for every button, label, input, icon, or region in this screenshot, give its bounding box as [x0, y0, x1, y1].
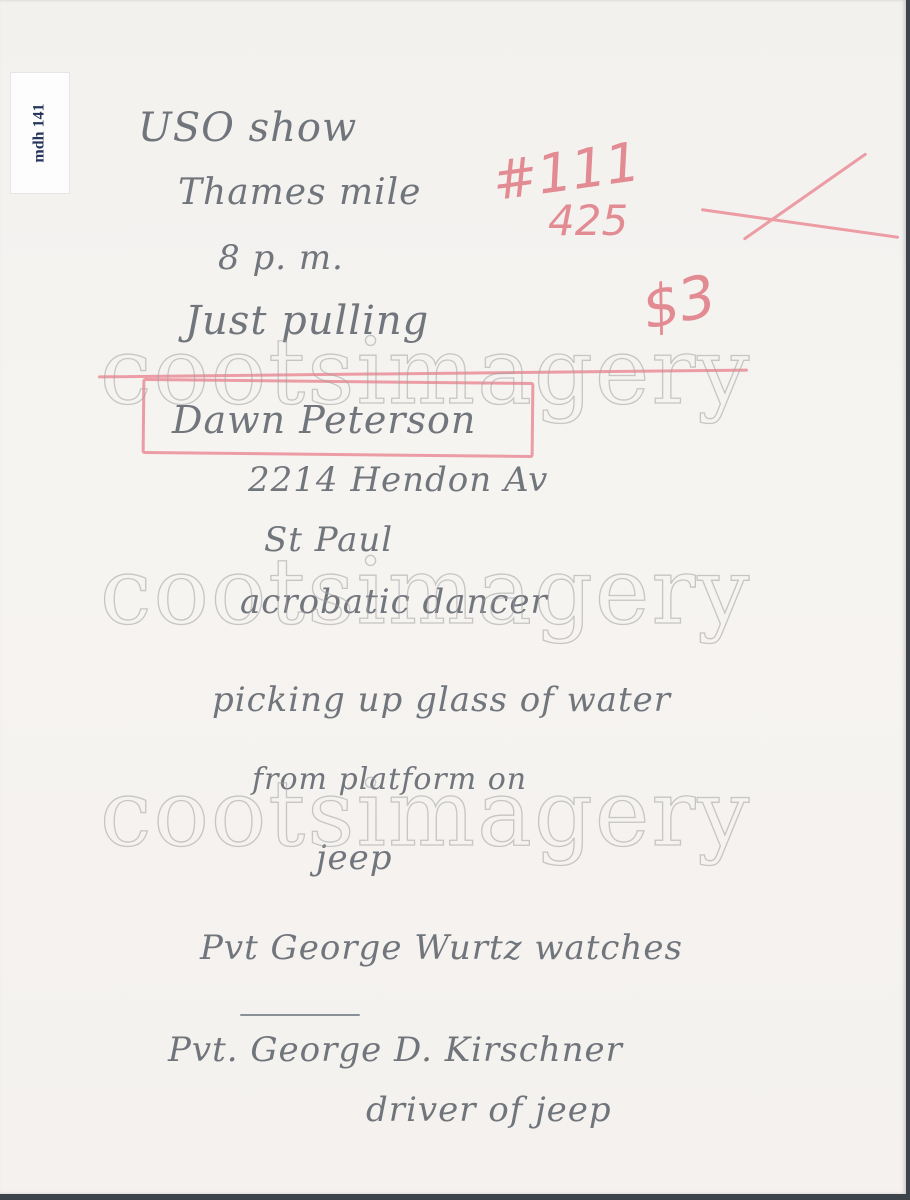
- note-line-3: 8 p. m.: [218, 238, 344, 278]
- inventory-label: mdh 141: [10, 72, 70, 194]
- note-line-7: St Paul: [264, 520, 393, 560]
- red-price-mark: $3: [636, 261, 722, 343]
- note-line-12: Pvt George Wurtz watches: [200, 928, 683, 968]
- inventory-label-text: mdh 141: [31, 103, 49, 162]
- note-line-5: Dawn Peterson: [172, 398, 476, 442]
- photo-back: mdh 141 #111 425 $3 USO show Thames mile…: [0, 0, 906, 1194]
- note-line-1: USO show: [138, 105, 357, 151]
- note-line-2: Thames mile: [178, 172, 422, 213]
- note-line-13: Pvt. George D. Kirschner: [168, 1030, 623, 1070]
- red-number-bottom: 425: [548, 196, 628, 245]
- photo-edge-right: [906, 0, 910, 1200]
- note-line-4: Just pulling: [185, 298, 429, 344]
- red-underline-stroke: [98, 369, 748, 379]
- note-line-11: jeep: [316, 838, 393, 878]
- note-line-8: acrobatic dancer: [240, 582, 548, 622]
- note-line-10: from platform on: [252, 762, 527, 797]
- red-slash-stroke: [701, 208, 899, 239]
- note-line-14: driver of jeep: [366, 1090, 612, 1130]
- pencil-divider: [240, 1014, 360, 1016]
- note-line-9: picking up glass of water: [212, 680, 671, 720]
- note-line-6: 2214 Hendon Av: [248, 460, 548, 500]
- photo-edge-bottom: [0, 1194, 910, 1200]
- red-check-stroke: [743, 152, 868, 240]
